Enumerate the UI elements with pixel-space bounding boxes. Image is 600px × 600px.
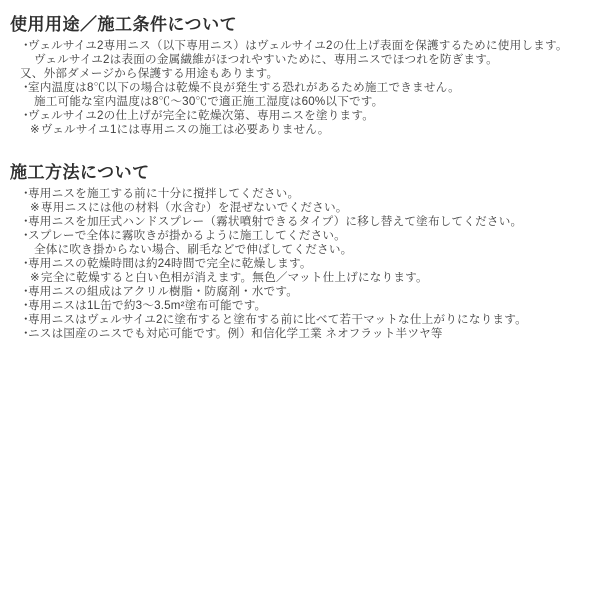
bullet-marker: ・ [20, 299, 28, 313]
text-line: ヴェルサイユ2は表面の金属繊維がほつれやすいために、専用ニスでほつれを防ぎます。 [34, 53, 592, 67]
note-marker: ※ [30, 123, 40, 137]
note-line: ※完全に乾燥すると白い色相が消えます。無色／マット仕上げになります。 [30, 271, 592, 285]
line-text: 専用ニスの組成はアクリル樹脂・防腐剤・水です。 [28, 285, 298, 298]
bullet-line: ・専用ニスを加圧式ハンドスプレー（霧状噴射できるタイプ）に移し替えて塗布してくだ… [20, 215, 592, 229]
note-marker: ※ [30, 271, 40, 285]
line-text: 施工可能な室内温度は8℃〜30℃で適正施工湿度は60%以下です。 [34, 95, 383, 108]
bullet-line: ・専用ニスはヴェルサイユ2に塗布すると塗布する前に比べて若干マットな仕上がりにな… [20, 313, 592, 327]
bullet-line: ・専用ニスの組成はアクリル樹脂・防腐剤・水です。 [20, 285, 592, 299]
bullet-marker: ・ [20, 313, 28, 327]
note-line: ※専用ニスには他の材料（水含む）を混ぜないでください。 [30, 201, 592, 215]
line-text: 完全に乾燥すると白い色相が消えます。無色／マット仕上げになります。 [41, 271, 428, 284]
section-title: 施工方法について [10, 158, 592, 183]
line-text: 専用ニスを加圧式ハンドスプレー（霧状噴射できるタイプ）に移し替えて塗布してくださ… [28, 215, 522, 228]
bullet-marker: ・ [20, 257, 28, 271]
text-line: 又、外部ダメージから保護する用途もあります。 [20, 67, 592, 81]
bullet-line: ・専用ニスを施工する前に十分に撹拌してください。 [20, 187, 592, 201]
bullet-marker: ・ [20, 187, 28, 201]
line-text: ニスは国産のニスでも対応可能です。例）和信化学工業 ネオフラット半ツヤ等 [28, 327, 443, 340]
note-marker: ※ [30, 201, 40, 215]
line-text: 専用ニスには他の材料（水含む）を混ぜないでください。 [41, 201, 348, 214]
text-line: 全体に吹き掛からない場合、刷毛などで伸ばしてください。 [34, 243, 592, 257]
bullet-line: ・ヴェルサイユ2専用ニス（以下専用ニス）はヴェルサイユ2の仕上げ表面を保護するた… [20, 39, 592, 53]
line-text: ヴェルサイユ2の仕上げが完全に乾燥次第、専用ニスを塗ります。 [28, 109, 374, 122]
bullet-marker: ・ [20, 285, 28, 299]
line-text: 専用ニスはヴェルサイユ2に塗布すると塗布する前に比べて若干マットな仕上がりになり… [28, 313, 527, 326]
bullet-marker: ・ [20, 229, 28, 243]
line-text: 専用ニスの乾燥時間は約24時間で完全に乾燥します。 [28, 257, 312, 270]
bullet-line: ・室内温度は8℃以下の場合は乾燥不良が発生する恐れがあるため施工できません。 [20, 81, 592, 95]
text-line: 施工可能な室内温度は8℃〜30℃で適正施工湿度は60%以下です。 [34, 95, 592, 109]
bullet-line: ・スプレーで全体に霧吹きが掛かるように施工してください。 [20, 229, 592, 243]
bullet-marker: ・ [20, 327, 28, 341]
bullet-marker: ・ [20, 215, 28, 229]
section-title: 使用用途／施工条件について [10, 10, 592, 35]
section-1: 使用用途／施工条件について・ヴェルサイユ2専用ニス（以下専用ニス）はヴェルサイユ… [10, 10, 592, 137]
bullet-line: ・ニスは国産のニスでも対応可能です。例）和信化学工業 ネオフラット半ツヤ等 [20, 327, 592, 341]
bullet-marker: ・ [20, 81, 28, 95]
line-text: 専用ニスは1L缶で約3〜3.5m²塗布可能です。 [28, 299, 266, 312]
bullet-line: ・ヴェルサイユ2の仕上げが完全に乾燥次第、専用ニスを塗ります。 [20, 109, 592, 123]
bullet-marker: ・ [20, 109, 28, 123]
line-text: 又、外部ダメージから保護する用途もあります。 [20, 67, 278, 80]
bullet-marker: ・ [20, 39, 28, 53]
line-text: 全体に吹き掛からない場合、刷毛などで伸ばしてください。 [34, 243, 352, 256]
line-text: 専用ニスを施工する前に十分に撹拌してください。 [28, 187, 299, 200]
line-text: ヴェルサイユ2は表面の金属繊維がほつれやすいために、専用ニスでほつれを防ぎます。 [34, 53, 498, 66]
line-text: 室内温度は8℃以下の場合は乾燥不良が発生する恐れがあるため施工できません。 [28, 81, 460, 94]
line-text: ヴェルサイユ1には専用ニスの施工は必要ありません。 [41, 123, 330, 136]
document: 使用用途／施工条件について・ヴェルサイユ2専用ニス（以下専用ニス）はヴェルサイユ… [0, 0, 600, 341]
bullet-line: ・専用ニスは1L缶で約3〜3.5m²塗布可能です。 [20, 299, 592, 313]
bullet-line: ・専用ニスの乾燥時間は約24時間で完全に乾燥します。 [20, 257, 592, 271]
line-text: スプレーで全体に霧吹きが掛かるように施工してください。 [28, 229, 346, 242]
line-text: ヴェルサイユ2専用ニス（以下専用ニス）はヴェルサイユ2の仕上げ表面を保護するため… [28, 39, 568, 52]
note-line: ※ヴェルサイユ1には専用ニスの施工は必要ありません。 [30, 123, 592, 137]
section-2: 施工方法について・専用ニスを施工する前に十分に撹拌してください。※専用ニスには他… [10, 158, 592, 341]
